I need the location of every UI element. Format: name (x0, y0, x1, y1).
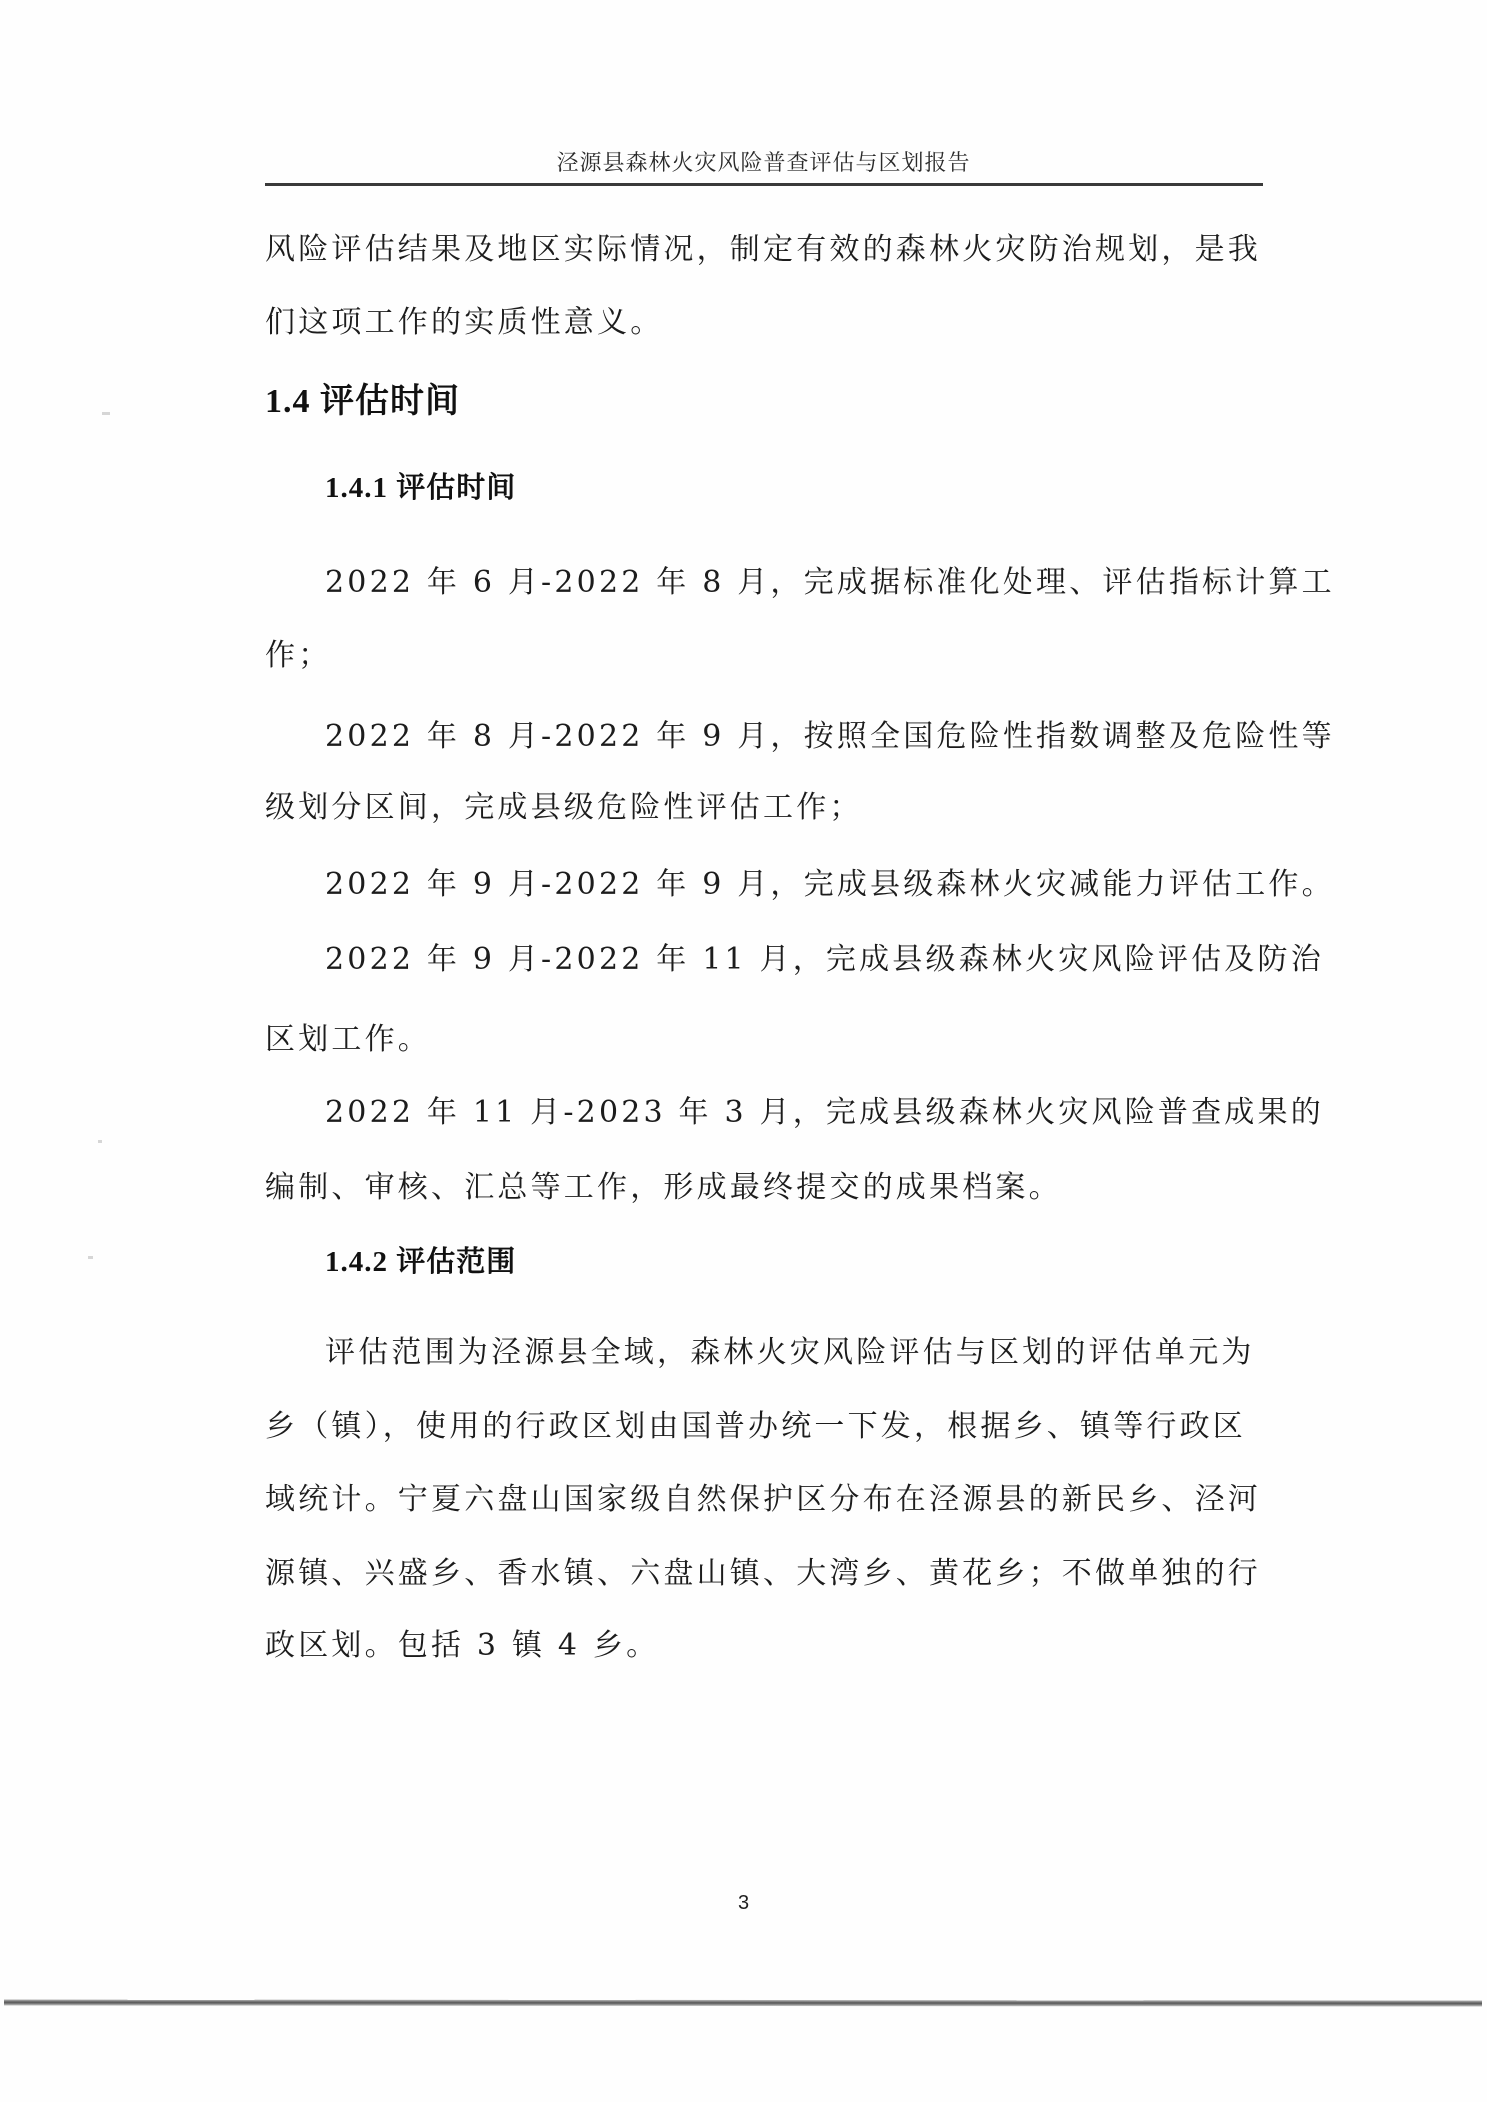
timeline-paragraph-4-line-1: 2022 年 9 月-2022 年 11 月，完成县级森林火灾风险评估及防治 (325, 940, 1324, 980)
timeline-paragraph-5-line-1: 2022 年 11 月-2023 年 3 月，完成县级森林火灾风险普查成果的 (325, 1093, 1324, 1133)
scope-paragraph-line-1: 评估范围为泾源县全域，森林火灾风险评估与区划的评估单元为 (325, 1333, 1255, 1373)
subsection-heading-1-4-2: 1.4.2 评估范围 (325, 1242, 516, 1282)
page-number: 3 (0, 1892, 1487, 1915)
timeline-paragraph-1-line-1: 2022 年 6 月-2022 年 8 月，完成据标准化处理、评估指标计算工 (325, 563, 1335, 603)
scan-speck (98, 1140, 102, 1143)
section-heading-1-4: 1.4 评估时间 (265, 380, 460, 424)
scan-speck (102, 412, 110, 415)
timeline-paragraph-2-line-2: 级划分区间，完成县级危险性评估工作； (265, 788, 863, 828)
scope-paragraph-line-4: 源镇、兴盛乡、香水镇、六盘山镇、大湾乡、黄花乡；不做单独的行 (265, 1554, 1261, 1594)
scope-paragraph-line-3: 域统计。宁夏六盘山国家级自然保护区分布在泾源县的新民乡、泾河 (265, 1480, 1261, 1520)
scan-bottom-edge (4, 1999, 1482, 2006)
timeline-paragraph-5-line-2: 编制、审核、汇总等工作，形成最终提交的成果档案。 (265, 1168, 1062, 1208)
scope-paragraph-line-2: 乡（镇），使用的行政区划由国普办统一下发，根据乡、镇等行政区 (265, 1407, 1246, 1447)
scan-speck (88, 1256, 93, 1259)
scope-paragraph-line-5: 政区划。包括 3 镇 4 乡。 (265, 1626, 659, 1666)
document-page: 泾源县森林火灾风险普查评估与区划报告 风险评估结果及地区实际情况，制定有效的森林… (0, 0, 1487, 2102)
intro-line-1: 风险评估结果及地区实际情况，制定有效的森林火灾防治规划，是我 (265, 230, 1261, 270)
intro-line-2: 们这项工作的实质性意义。 (265, 303, 663, 343)
timeline-paragraph-2-line-1: 2022 年 8 月-2022 年 9 月，按照全国危险性指数调整及危险性等 (325, 717, 1335, 757)
timeline-paragraph-1-line-2: 作； (265, 636, 331, 676)
timeline-paragraph-4-line-2: 区划工作。 (265, 1020, 431, 1060)
subsection-heading-1-4-1: 1.4.1 评估时间 (325, 468, 516, 508)
header-divider (265, 183, 1263, 186)
running-header-title: 泾源县森林火灾风险普查评估与区划报告 (265, 146, 1262, 177)
timeline-paragraph-3-line-1: 2022 年 9 月-2022 年 9 月，完成县级森林火灾减能力评估工作。 (325, 865, 1335, 905)
